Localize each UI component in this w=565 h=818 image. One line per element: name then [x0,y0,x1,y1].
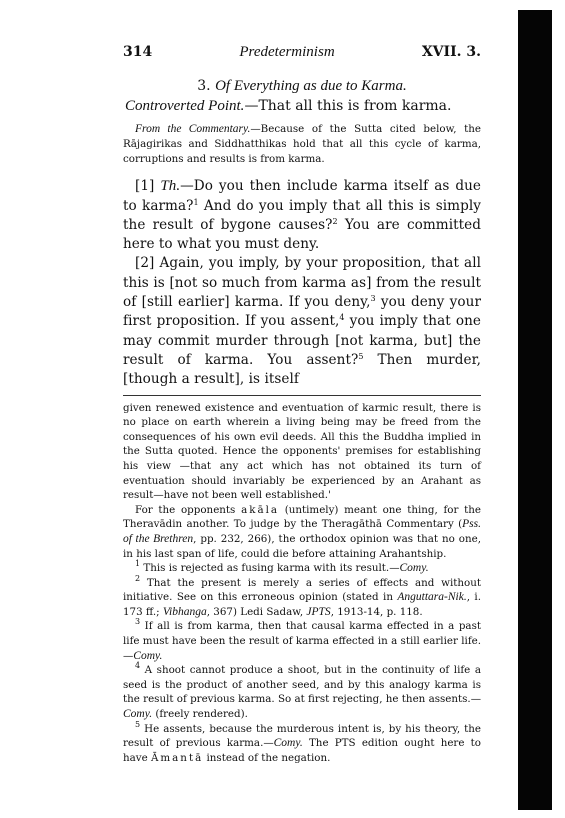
text: For the opponents [135,504,241,516]
controverted-label: Controverted Point. [125,98,244,114]
paragraph-number: [1] [135,178,154,194]
footnote-2: 2 That the present is merely a series of… [123,576,481,620]
paragraph-1: [1] Th.—Do you then include karma itself… [123,177,481,254]
comy: Comy. [123,708,152,720]
running-title: Predeterminism [239,44,334,61]
ref-anguttara: Anguttara-Nik. [397,591,466,603]
footnote-3: 3 If all is from karma, then that causal… [123,619,481,663]
paragraph-2: [2] Again, you imply, by your propositio… [123,254,481,389]
section-heading: 3. Of Everything as due to Karma. [123,76,481,96]
text: This is rejected as fusing karma with it… [140,562,399,574]
ref-vibhanga: Vibhanga [163,606,207,618]
footnote-akala: For the opponents akāla (untimely) meant… [123,503,481,561]
footnote-4: 4 A shoot cannot produce a shoot, but in… [123,663,481,721]
text: A shoot cannot produce a shoot, but in t… [123,664,481,705]
footnote-1: 1 This is rejected as fusing karma with … [123,561,481,576]
section-title: Of Everything as due to Karma. [215,78,407,94]
term-amanta: Āmantā [151,752,203,764]
comy: Comy. [133,650,162,662]
term-akala: akāla [241,504,279,516]
section-ref: XVII. 3. [422,44,481,60]
footnote-divider [123,395,481,396]
speaker: Th. [160,178,180,194]
section-number: 3. [197,78,210,94]
running-head: 314 Predeterminism XVII. 3. [123,44,481,64]
page-number: 314 [123,44,152,60]
comy: Comy. [274,737,303,749]
scanned-page-edge [518,10,552,810]
text: (freely rendered). [152,708,248,720]
controverted-point: Controverted Point.—That all this is fro… [125,96,481,116]
controverted-text: —That all this is from karma. [244,98,451,114]
footnote-5: 5 He assents, because the murderous inte… [123,722,481,766]
comy: Comy. [400,562,429,574]
commentary-paragraph: From the Commentary.—Because of the Sutt… [123,122,481,167]
page-column: 314 Predeterminism XVII. 3. 3. Of Everyt… [123,44,481,765]
ref-jpts: JPTS [306,606,330,618]
text: instead of the negation. [203,752,330,764]
footnote-continued: given renewed existence and eventuation … [123,401,481,503]
commentary-label: From the Commentary. [135,123,250,135]
text: , 1913-14, p. 118. [331,606,423,618]
text: If all is from karma, then that causal k… [123,620,481,661]
text: , 367) Ledi Sadaw, [207,606,307,618]
